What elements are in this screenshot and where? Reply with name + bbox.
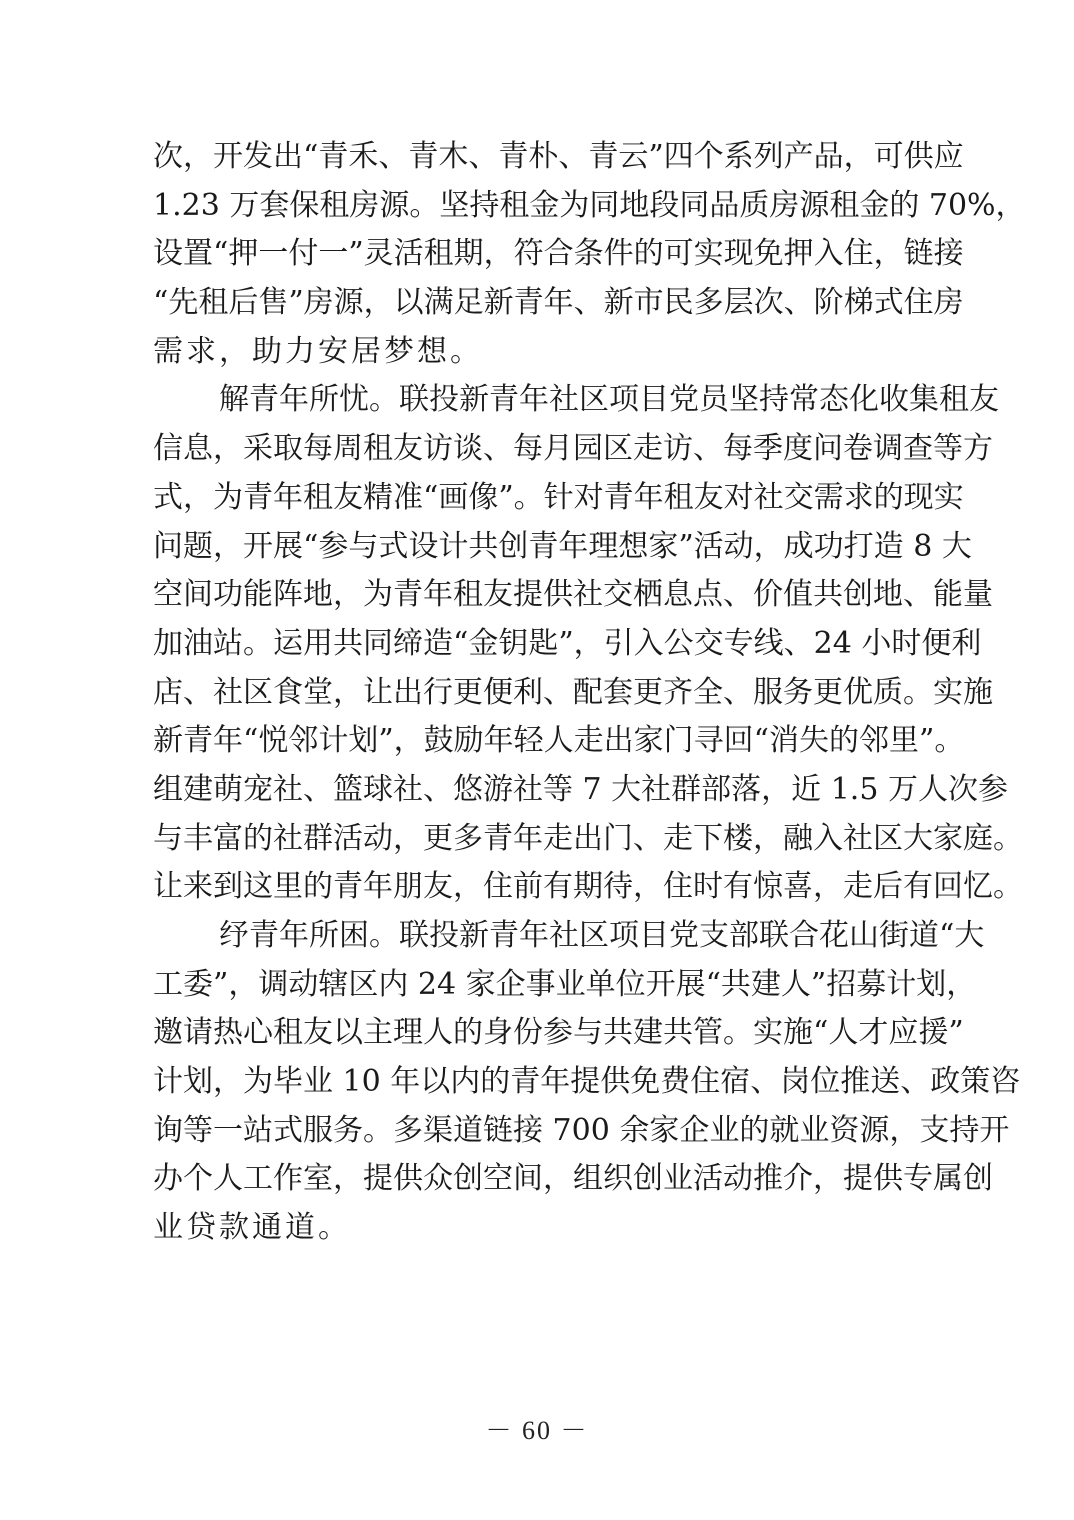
paragraph-youth-difficulties: 纾青年所困。联投新青年社区项目党支部联合花山街道“大 工委”，调动辖区内 24 … [153,912,911,1253]
text-line: “先租后售”房源，以满足新青年、新市民多层次、阶梯式住房 [153,279,911,328]
body-text: 次，开发出“青禾、青木、青朴、青云”四个系列产品，可供应 1.23 万套保租房源… [153,133,911,1253]
text-line: 与丰富的社群活动，更多青年走出门、走下楼，融入社区大家庭。 [153,815,911,864]
text-line: 办个人工作室，提供众创空间，组织创业活动推介，提供专属创 [153,1155,911,1204]
paragraph-youth-concerns: 解青年所忧。联投新青年社区项目党员坚持常态化收集租友 信息，采取每周租友访谈、每… [153,376,911,912]
text-line: 信息，采取每周租友访谈、每月园区走访、每季度问卷调查等方 [153,425,911,474]
paragraph-housing-supply: 次，开发出“青禾、青木、青朴、青云”四个系列产品，可供应 1.23 万套保租房源… [153,133,911,376]
text-line: 工委”，调动辖区内 24 家企事业单位开展“共建人”招募计划， [153,961,911,1010]
text-line: 设置“押一付一”灵活租期，符合条件的可实现免押入住，链接 [153,230,911,279]
text-line: 让来到这里的青年朋友，住前有期待，住时有惊喜，走后有回忆。 [153,863,911,912]
text-line: 邀请热心租友以主理人的身份参与共建共管。实施“人才应援” [153,1009,911,1058]
text-line: 需求，助力安居梦想。 [153,328,911,377]
paragraph-first-line: 纾青年所困。联投新青年社区项目党支部联合花山街道“大 [153,912,911,961]
text-line: 新青年“悦邻计划”，鼓励年轻人走出家门寻回“消失的邻里”。 [153,717,911,766]
text-line: 空间功能阵地，为青年租友提供社交栖息点、价值共创地、能量 [153,571,911,620]
text-line: 业贷款通道。 [153,1204,911,1253]
text-line: 1.23 万套保租房源。坚持租金为同地段同品质房源租金的 70%， [153,182,911,231]
text-line: 询等一站式服务。多渠道链接 700 余家企业的就业资源，支持开 [153,1107,911,1156]
text-line: 店、社区食堂，让出行更便利、配套更齐全、服务更优质。实施 [153,669,911,718]
document-page: 次，开发出“青禾、青木、青朴、青云”四个系列产品，可供应 1.23 万套保租房源… [0,0,1074,1520]
page-number: － 60 － [0,1410,1074,1447]
text-line: 加油站。运用共同缔造“金钥匙”，引入公交专线、24 小时便利 [153,620,911,669]
text-line: 问题，开展“参与式设计共创青年理想家”活动，成功打造 8 大 [153,523,911,572]
text-line: 次，开发出“青禾、青木、青朴、青云”四个系列产品，可供应 [153,133,911,182]
text-line: 式，为青年租友精准“画像”。针对青年租友对社交需求的现实 [153,474,911,523]
text-line: 计划，为毕业 10 年以内的青年提供免费住宿、岗位推送、政策咨 [153,1058,911,1107]
paragraph-first-line: 解青年所忧。联投新青年社区项目党员坚持常态化收集租友 [153,376,911,425]
text-line: 组建萌宠社、篮球社、悠游社等 7 大社群部落，近 1.5 万人次参 [153,766,911,815]
